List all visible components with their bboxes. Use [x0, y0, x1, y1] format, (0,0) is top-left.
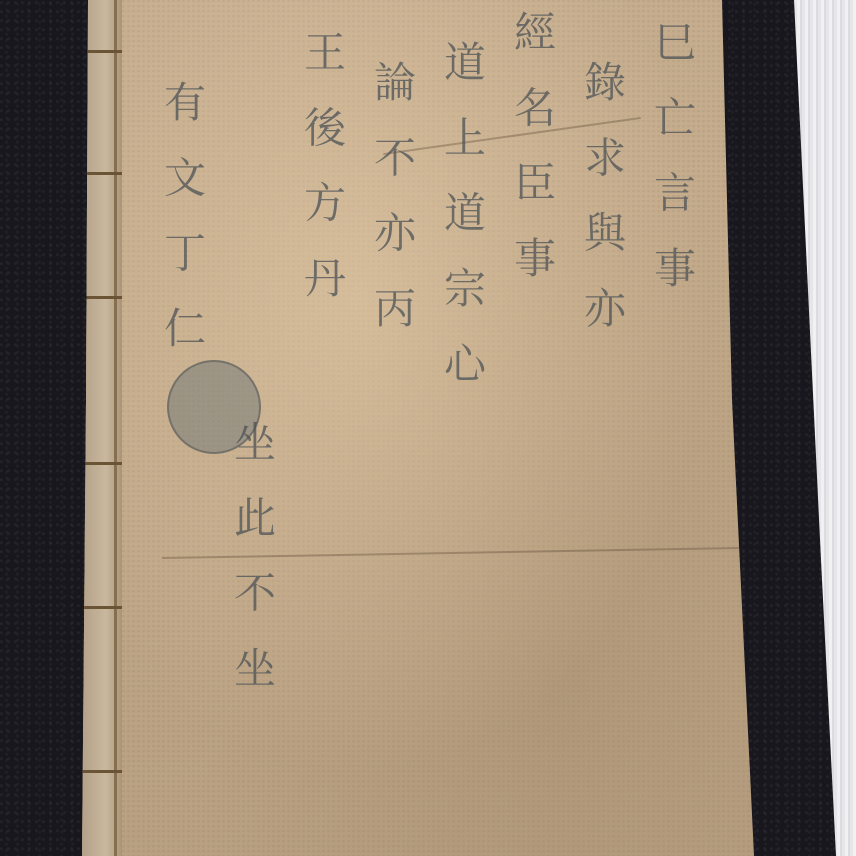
- text-column: 經 名 臣 事: [502, 10, 562, 288]
- text-column: 論 不 亦 丙: [362, 60, 422, 338]
- binding-stitch: [82, 462, 122, 465]
- binding-stitch: [82, 296, 122, 299]
- binding-stitch: [82, 50, 122, 53]
- text-column: 道 上 道 宗 心: [432, 40, 492, 393]
- binding-thread: [114, 0, 117, 856]
- old-book-cover: 巳 亡 言 事 錄 求 與 亦 經 名 臣 事 道 上 道 宗 心 論 不 亦 …: [82, 0, 772, 856]
- text-column: 錄 求 與 亦: [572, 60, 632, 338]
- text-column: 坐 此 不 坐: [222, 420, 282, 698]
- text-column: 王 後 方 丹: [292, 30, 352, 308]
- binding-stitch: [82, 606, 122, 609]
- binding-stitch: [82, 770, 122, 773]
- text-column: 巳 亡 言 事: [642, 20, 702, 298]
- text-column: 有 文 丁 仁: [152, 80, 212, 358]
- binding-stitch: [82, 172, 122, 175]
